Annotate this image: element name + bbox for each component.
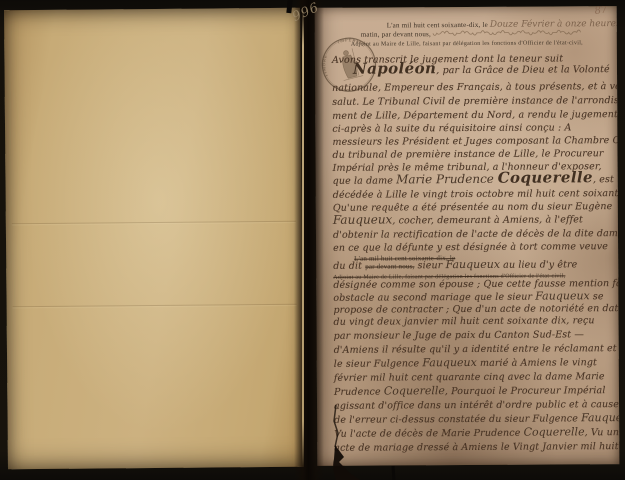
text-line: le sieur Fulgence Fauqueux marié à Amien…	[334, 353, 597, 368]
text-line: nationale, Empereur des Français, à tous…	[332, 77, 619, 92]
folio-number: 87	[594, 6, 608, 17]
left-page	[4, 8, 304, 470]
text-line: ment de Lille, Département du Nord, a re…	[332, 105, 618, 120]
text-line: Napoléon, par la Grâce de Dieu et la Vol…	[353, 60, 610, 75]
text-line: Adjoint au Maire de Lille, faisant par d…	[351, 32, 583, 46]
page-crease	[12, 304, 296, 307]
archival-scan: TIMBRE IMPÉRIAL 87 L'an mil huit cent so…	[0, 0, 625, 480]
text-line: février mil huit cent quarante cinq avec…	[334, 367, 605, 382]
left-page-fore-edge	[302, 9, 304, 467]
handwritten-text: Napoléon	[353, 59, 436, 78]
text-line: salut. Le Tribunal Civil de première ins…	[332, 91, 619, 106]
text-line: par monsieur le Juge de paix du Canton S…	[334, 325, 584, 340]
handwritten-text: acte de mariage dressé à Amiens le Vingt…	[334, 441, 618, 454]
right-page: TIMBRE IMPÉRIAL 87 L'an mil huit cent so…	[315, 6, 620, 466]
tear-mark	[324, 405, 370, 480]
printed-text: Adjoint au Maire de Lille, faisant par d…	[351, 40, 583, 47]
text-line: acte de mariage dressé à Amiens le Vingt…	[334, 437, 618, 452]
page-crease	[12, 221, 296, 224]
handwritten-text: , par la Grâce de Dieu et la Volonté	[436, 64, 610, 76]
text-line: d'Amiens il résulte qu'il y a identité e…	[334, 339, 617, 354]
text-line: du vingt deux janvier mil huit cent soix…	[333, 311, 594, 326]
text-line: que la dame Marie Prudence Coquerelle, e…	[333, 170, 614, 185]
text-line: Fauqueux, cocher, demeurant à Amiens, à …	[333, 210, 583, 225]
text-line: Prudence Coquerelle, Pourquoi le Procure…	[334, 381, 606, 396]
text-line: agissant d'office dans un intérêt d'ordr…	[334, 395, 619, 410]
text-line: de l'erreur ci-dessus constatée du sieur…	[334, 409, 619, 424]
text-line: Vu l'acte de décès de Marie Prudence Coq…	[334, 423, 619, 438]
binding-thread-bottom	[392, 466, 396, 480]
right-page-text: L'an mil huit cent soixante-dix, le Douz…	[315, 6, 620, 466]
